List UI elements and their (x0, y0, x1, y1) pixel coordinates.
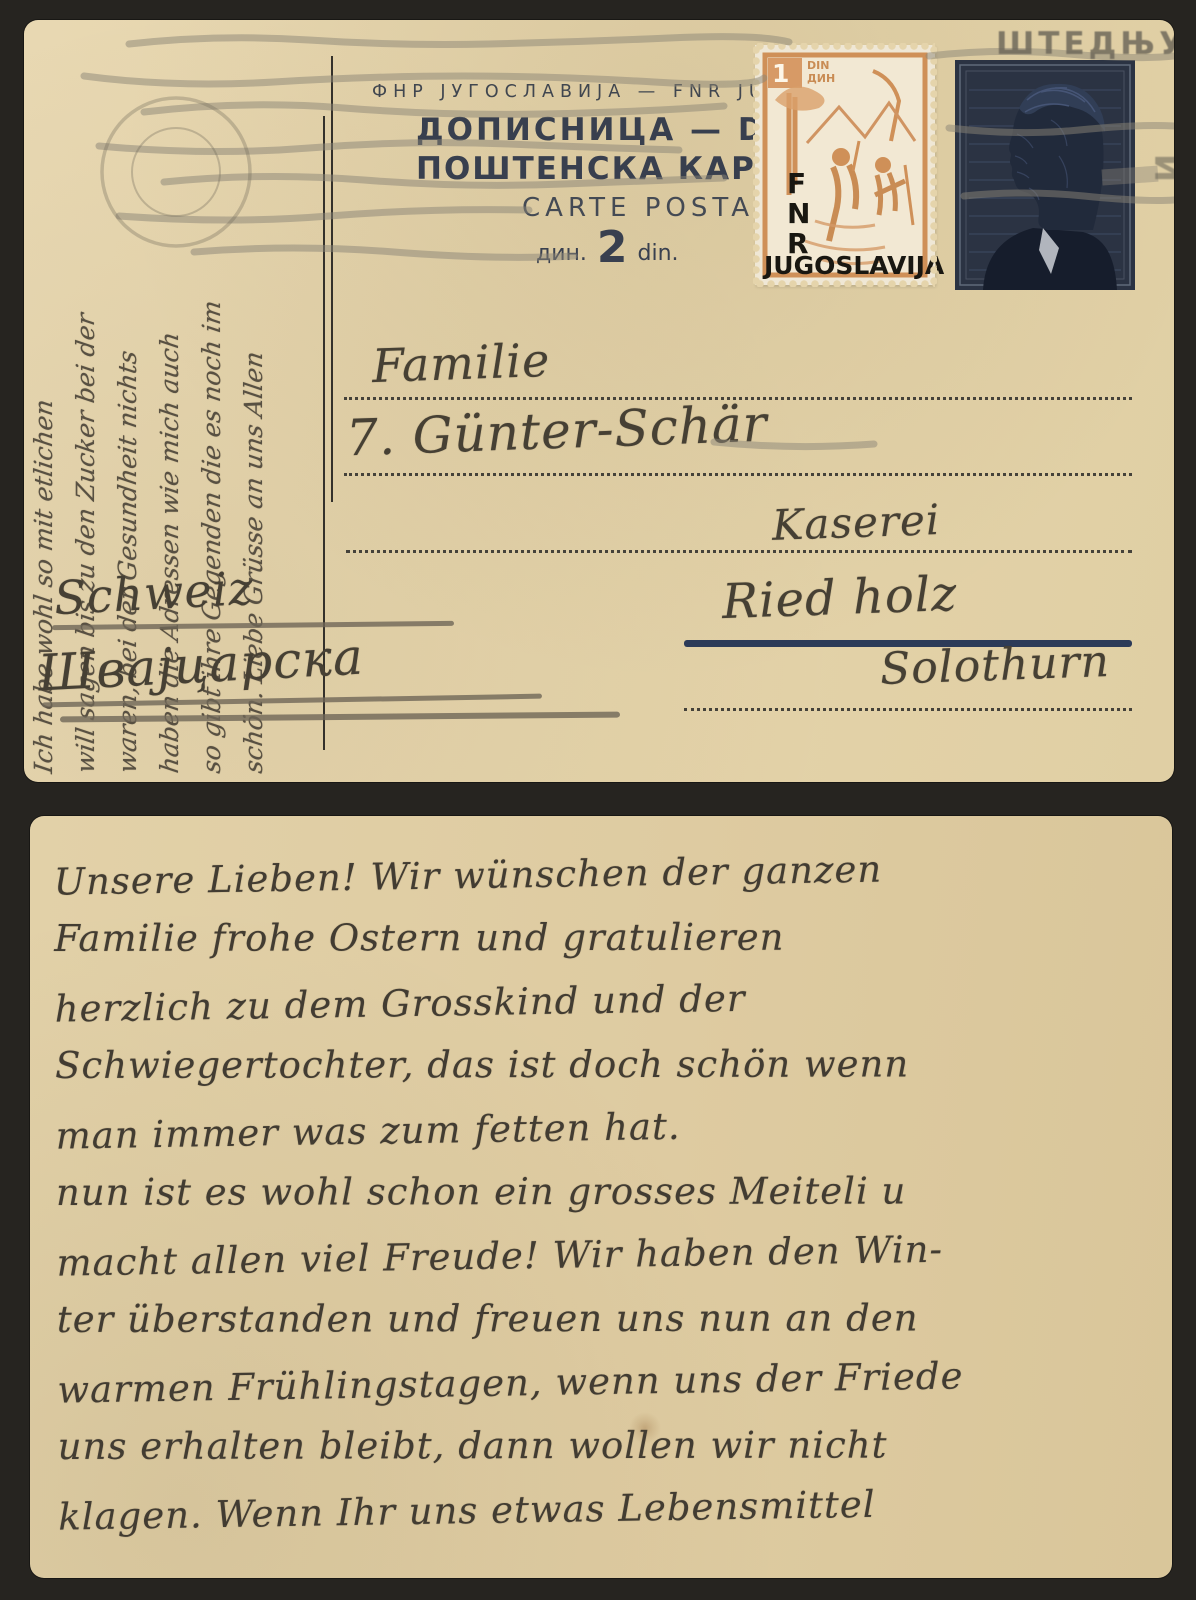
stamp-perforation (755, 278, 935, 287)
stamp-value: 1 (772, 59, 789, 88)
header-postenska-line: ПОШТЕНСКА КАРТ (416, 151, 779, 187)
address-canton: Solothurn (879, 636, 1111, 695)
message-line: Schwiegertochter, das ist doch schön wen… (55, 1032, 1155, 1097)
message-line: herzlich zu dem Grosskind und der (54, 960, 1155, 1041)
message-line: macht allen viel Freude! Wir haben den W… (56, 1214, 1157, 1295)
address-street: Kaserei (771, 495, 941, 550)
stamp-unit-cyrillic: ДИН (807, 72, 835, 85)
cancellation-slogan: ШТЕДЊУ (996, 26, 1174, 62)
stamp-perforation (753, 45, 762, 285)
address-ruled-line (684, 708, 1132, 711)
message-line: Familie frohe Ostern und gratulieren (54, 905, 1154, 970)
address-recipient: Familie (371, 333, 551, 393)
currency-right: din. (638, 241, 679, 266)
message-line: klagen. Wenn Ihr uns etwas Lebensmittel (58, 1468, 1159, 1549)
address-ruled-line (346, 550, 1132, 553)
stamp-overprint-f: F (787, 167, 806, 200)
message-handwriting: Unsere Lieben! Wir wünschen der ganzen F… (54, 838, 1159, 1544)
stamp-overprint-country: JUGOSLAVIJA (764, 251, 944, 280)
message-line: uns erhalten bleibt, dann wollen wir nic… (58, 1413, 1158, 1478)
denomination-value: 2 (597, 230, 628, 266)
divider-line (331, 56, 333, 502)
stamp-perforation (755, 43, 935, 52)
cancellation-side-mark: И (1146, 154, 1174, 182)
stamp-perforation (928, 45, 937, 285)
message-line: man immer was zum fetten hat. (55, 1087, 1156, 1168)
postcard-front: Ich habe wohl so mit etlichen will sagen… (24, 20, 1174, 782)
message-line: warmen Frühlingstagen, wenn uns der Frie… (57, 1341, 1158, 1422)
tito-portrait-imprint (955, 60, 1135, 290)
message-line: Unsere Lieben! Wir wünschen der ganzen (53, 833, 1154, 914)
postcard-back: Unsere Lieben! Wir wünschen der ganzen F… (30, 816, 1172, 1578)
stamp-unit-latin: DIN (807, 59, 829, 72)
stamp-overprint-n: N (787, 197, 810, 230)
message-line: ter überstanden und freuen uns nun an de… (57, 1286, 1157, 1351)
postage-stamp: 1 DIN ДИН F N R JUGOSLAVIJA (755, 45, 935, 285)
printed-denomination: дин. 2 din. (536, 230, 679, 266)
currency-left: дин. (536, 241, 587, 266)
header-country-line: ФНР ЈУГОСЛАВИЈА — FNR JU (372, 82, 768, 102)
message-line: nun ist es wohl schon ein grosses Meitel… (56, 1159, 1156, 1224)
address-town: Ried holz (721, 566, 958, 630)
address-ruled-line (344, 473, 1132, 476)
address-name: 7. Günter-Schär (345, 395, 768, 468)
address-country-german: Schweiz (53, 561, 255, 625)
